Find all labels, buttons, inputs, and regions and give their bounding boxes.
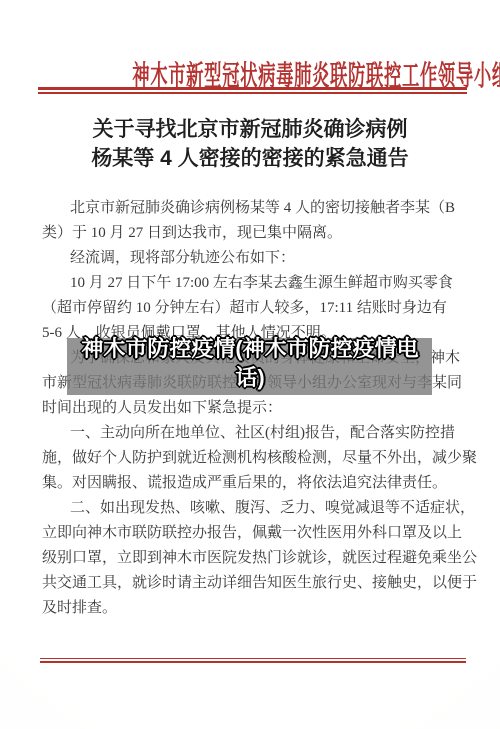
body-line: 二、如出现发热、咳嗽、腹泻、乏力、嗅觉减退等不适症状，: [42, 496, 458, 521]
body-line: 共交通工具，就诊时请主动详细告知医生旅行史、接触史，以便于: [42, 571, 458, 596]
body-line: 10 月 27 日下午 17:00 左右李某去鑫生源生鲜超市购买零食: [42, 271, 458, 296]
body-line: 类）于 10 月 27 日到达我市，现已集中隔离。: [42, 221, 458, 246]
body-line: 施，做好个人防护到就近检测机构核酸检测，尽量不外出，减少聚: [42, 446, 458, 471]
watermark-caption-line1: 神木市防控疫情(神木市防控疫情电: [0, 334, 500, 363]
body-line: 集。对因瞒报、谎报造成严重后果的，将依法追究法律责任。: [42, 471, 458, 496]
footer-double-rule: [40, 658, 466, 663]
body-line: 级别口罩，立即到神木市医院发热门诊就诊，就医过程避免乘坐公: [42, 546, 458, 571]
notice-title-line2: 杨某等 4 人密接的密接的紧急通告: [0, 144, 500, 173]
body-line: 一、主动向所在地单位、社区(村组)报告，配合落实防控措: [42, 421, 458, 446]
watermark-caption-line2: 话): [0, 363, 500, 392]
watermark-caption: 神木市防控疫情(神木市防控疫情电 话): [0, 334, 500, 392]
letterhead-double-rule: [38, 87, 467, 94]
notice-body: 北京市新冠肺炎确诊病例杨某等 4 人的密切接触者李某（B 类）于 10 月 27…: [42, 196, 458, 621]
body-line: 经流调，现将部分轨迹公布如下：: [42, 246, 458, 271]
body-line: 及时排查。: [42, 596, 458, 621]
body-line: 北京市新冠肺炎确诊病例杨某等 4 人的密切接触者李某（B: [42, 196, 458, 221]
body-line: 时间出现的人员发出如下紧急提示：: [42, 396, 458, 421]
body-line: （超市停留约 10 分钟左右）超市人较多，17:11 结账时身边有: [42, 296, 458, 321]
notice-title-line1: 关于寻找北京市新冠肺炎确诊病例: [0, 115, 500, 144]
document-photo: { "doc": { "banner": "神木市新型冠状病毒肺炎联防联控工作领…: [0, 0, 500, 729]
notice-title: 关于寻找北京市新冠肺炎确诊病例 杨某等 4 人密接的密接的紧急通告: [0, 115, 500, 173]
body-line: 立即向神木市联防联控办报告，佩戴一次性医用外科口罩及以上: [42, 521, 458, 546]
